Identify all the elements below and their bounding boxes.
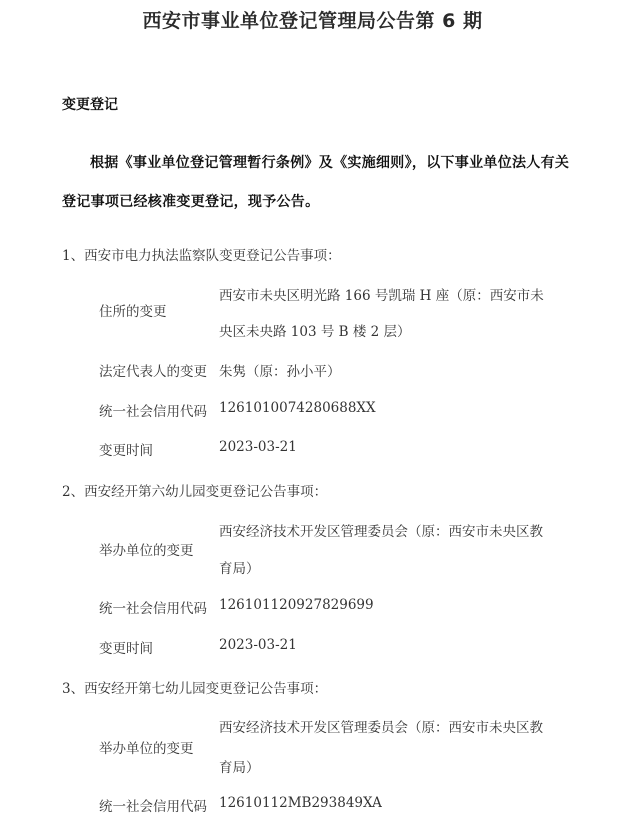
field-label: 统一社会信用代码 — [99, 795, 207, 815]
item-heading: 2、西安经开第六幼儿园变更登记公告事项： — [62, 480, 327, 500]
field-value-line2: 央区未央路 103 号 B 楼 2 层） — [219, 320, 411, 340]
field-value: 1261010074280688XX — [219, 400, 376, 416]
field-label: 变更时间 — [99, 637, 153, 657]
intro-paragraph: 根据《事业单位登记管理暂行条例》及《实施细则》，以下事业单位法人有关登记事项已经… — [62, 144, 572, 222]
item-heading: 1、西安市电力执法监察队变更登记公告事项： — [62, 244, 341, 264]
field-value-line1: 西安市未央区明光路 166 号凯瑞 H 座（原：西安市未 — [219, 284, 544, 304]
field-label: 统一社会信用代码 — [99, 400, 207, 420]
field-value: 126101120927829699 — [219, 597, 374, 613]
field-value: 朱隽（原：孙小平） — [219, 360, 341, 380]
field-label: 住所的变更 — [99, 300, 167, 320]
field-label: 举办单位的变更 — [99, 539, 194, 559]
field-label: 法定代表人的变更 — [99, 360, 207, 380]
field-value-line1: 西安经济技术开发区管理委员会（原：西安市未央区教 — [219, 716, 543, 736]
item-heading: 3、西安经开第七幼儿园变更登记公告事项： — [62, 677, 327, 697]
field-value-line2: 育局） — [219, 756, 260, 776]
field-value-line1: 西安经济技术开发区管理委员会（原：西安市未央区教 — [219, 520, 543, 540]
field-value: 12610112MB293849XA — [219, 795, 382, 811]
section-heading: 变更登记 — [62, 94, 118, 114]
field-label: 统一社会信用代码 — [99, 597, 207, 617]
field-label: 举办单位的变更 — [99, 737, 194, 757]
field-value-line2: 育局） — [219, 557, 260, 577]
field-value: 2023-03-21 — [219, 637, 297, 653]
field-value: 2023-03-21 — [219, 439, 297, 455]
field-label: 变更时间 — [99, 439, 153, 459]
document-title: 西安市事业单位登记管理局公告第 6 期 — [0, 6, 625, 33]
